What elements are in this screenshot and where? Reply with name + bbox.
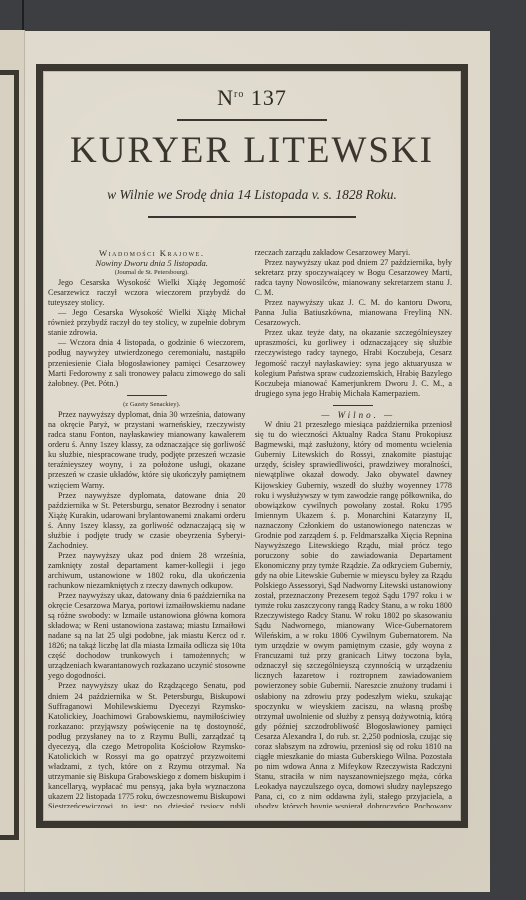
wilno-heading: — Wilno. — <box>255 410 453 420</box>
previous-page-frame <box>0 70 19 840</box>
gazette-source: (z Gazety Senackiey). <box>48 400 246 410</box>
issue-number-value: 137 <box>251 85 287 110</box>
paragraph: W dniu 21 przeszłego miesiąca październi… <box>255 420 453 808</box>
court-news-source: (Journal de St. Petersbourg). <box>48 268 246 278</box>
article-columns: Wiadomości Krajowe. Nowiny Dworu dnia 5 … <box>48 248 452 808</box>
page-border-frame: Nro 137 KURYER LITEWSKI w Wilnie we Srod… <box>36 64 468 828</box>
newspaper-title: KURYER LITEWSKI <box>43 131 461 171</box>
paragraph: Przez naywyższy ukaz, datowany dnia 6 pa… <box>48 591 246 681</box>
masthead-rule <box>177 119 327 121</box>
paragraph: Przez naywyższy ukaz do Rządzącego Senat… <box>48 681 246 808</box>
book-spine <box>22 0 24 30</box>
section-divider <box>333 405 373 407</box>
paragraph: Przez naywyższy ukaz J. C. M. do kantoru… <box>255 298 453 328</box>
paragraph: Przez naywyższe dyplomata, datowane dnia… <box>48 491 246 551</box>
issue-number: Nro 137 <box>43 85 461 111</box>
section-heading: Wiadomości Krajowe. <box>48 248 246 258</box>
paragraph: Przez naywyższy ukaz pod dniem 28 wrześn… <box>48 551 246 591</box>
paragraph: — Wczora dnia 4 listopada, o godzinie 6 … <box>48 338 246 388</box>
newspaper-page: Nro 137 KURYER LITEWSKI w Wilnie we Srod… <box>25 31 490 892</box>
section-divider <box>127 395 167 397</box>
right-column: rzeczach zarządu zakładow Cesarzowey Mar… <box>255 248 453 808</box>
paragraph: — Jego Cesarska Wysokość Wielki Xiążę Mi… <box>48 308 246 338</box>
paragraph: Jego Cesarska Wysokość Wielki Xiążę Jego… <box>48 278 246 308</box>
paragraph: Przez ukaz teyże daty, na okazanie szcze… <box>255 328 453 398</box>
issue-number-sup: ro <box>234 89 244 100</box>
issue-number-prefix: N <box>217 85 234 110</box>
masthead: Nro 137 KURYER LITEWSKI w Wilnie we Srod… <box>43 85 461 218</box>
paragraph: Przez naywyższy ukaz pod dniem 27 paździ… <box>255 258 453 298</box>
paragraph: rzeczach zarządu zakładow Cesarzowey Mar… <box>255 248 453 258</box>
dateline: w Wilnie we Srodę dnia 14 Listopada v. s… <box>43 187 461 203</box>
previous-page-strip <box>0 30 25 892</box>
dateline-rule <box>148 216 356 218</box>
left-column: Wiadomości Krajowe. Nowiny Dworu dnia 5 … <box>48 248 246 808</box>
court-news-title: Nowiny Dworu dnia 5 listopada. <box>48 258 246 268</box>
paragraph: Przez naywyższy dyplomat, dnia 30 wrześn… <box>48 410 246 490</box>
